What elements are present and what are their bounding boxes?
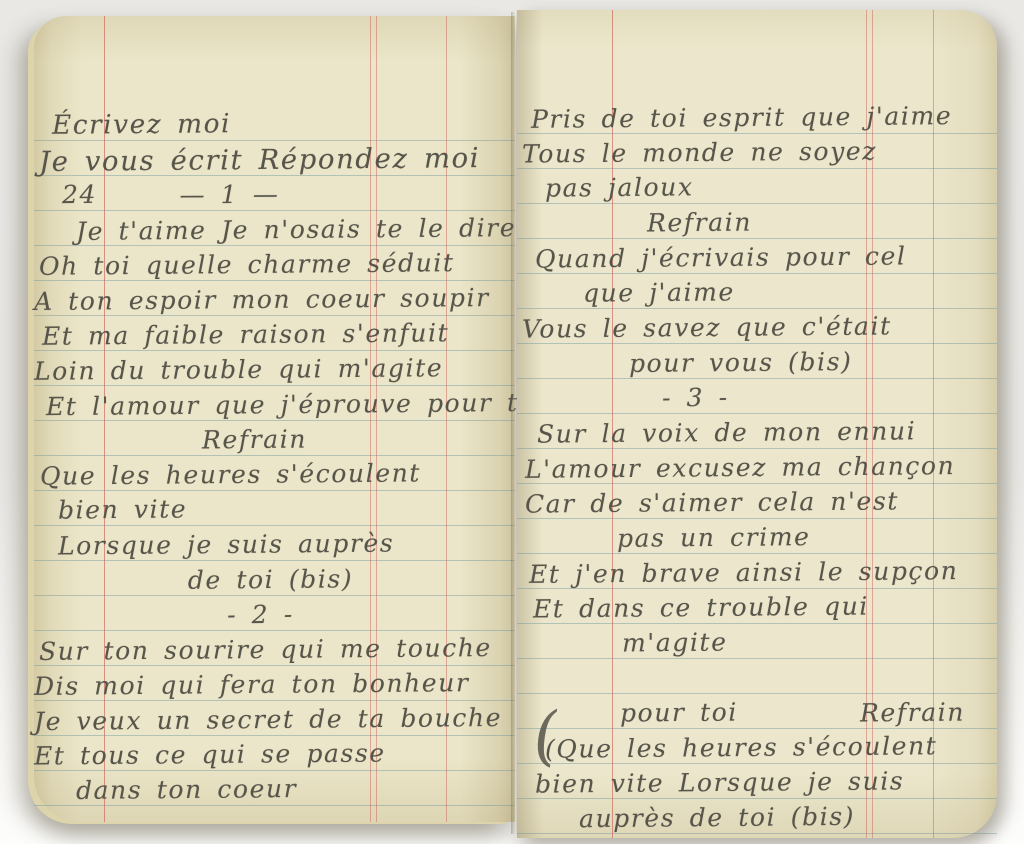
handwriting-line: - 2 - <box>20 596 501 634</box>
handwriting-line: pas jaloux <box>545 170 694 205</box>
handwriting-line: Sur ton sourire qui me touche <box>39 631 492 669</box>
handwriting-line: Écrivez moi <box>52 107 231 143</box>
handwriting-line: Je t'aime Je n'osais te le dire <box>76 211 516 249</box>
margin-line-red <box>376 16 377 822</box>
handwriting-line: Refrain <box>860 696 965 731</box>
handwriting-line: Et dans ce trouble qui <box>533 590 869 627</box>
handwriting-line: auprès de toi (bis) <box>579 800 855 836</box>
handwriting-line: A ton espoir mon coeur soupir <box>34 281 490 319</box>
handwriting-line: Tous le monde ne soyez <box>522 134 877 171</box>
margin-line-red <box>612 10 613 838</box>
handwriting-line: — 1 — <box>0 176 470 214</box>
handwriting-line: Sur la voix de mon ennui <box>537 414 917 451</box>
handwriting-line: Refrain <box>14 421 495 459</box>
ruled-lines-left <box>34 140 515 822</box>
ruled-lines-right <box>517 133 997 838</box>
handwriting-line: Refrain <box>647 206 752 241</box>
handwriting-line: Loin du trouble qui m'agite <box>34 351 443 389</box>
handwriting-line: pas un crime <box>617 520 811 556</box>
handwriting-line: 24 <box>62 178 97 212</box>
handwriting-line: L'amour excusez ma chançon <box>525 449 956 487</box>
margin-line-red <box>370 16 371 822</box>
handwriting-line: de toi (bis) <box>30 561 511 599</box>
handwriting-line: Car de s'aimer cela n'est <box>525 484 899 521</box>
handwriting-line: - 3 - <box>662 381 729 416</box>
handwriting-line: Pris de toi esprit que j'aime <box>531 99 952 137</box>
handwriting-line: Lorsque je suis auprès <box>58 527 395 564</box>
handwriting-line: dans ton coeur <box>76 772 298 808</box>
handwriting-line: que j'aime <box>583 275 735 310</box>
handwriting-line: Et j'en brave ainsi le supçon <box>529 554 959 592</box>
margin-line-red <box>866 10 867 838</box>
handwriting-line: bien vite <box>58 492 187 527</box>
handwriting-line: Dis moi qui fera ton bonheur <box>34 666 470 704</box>
handwriting-line: pour vous (bis) <box>629 345 853 381</box>
handwriting-line: pour toi <box>620 695 738 730</box>
handwriting-line: Et tous ce qui se passe <box>34 736 386 773</box>
notebook-page-left: Écrivez moiJe vous écrit Répondez moi24—… <box>34 16 515 822</box>
handwriting-line: Oh toi quelle charme séduit <box>39 246 455 284</box>
handwriting-line: bien vite Lorsque je suis <box>535 764 905 801</box>
notebook-spread: Écrivez moiJe vous écrit Répondez moi24—… <box>0 0 1024 844</box>
handwriting-line: m'agite <box>622 626 728 661</box>
handwriting-line: Et l'amour que j'éprouve pour toi <box>46 386 545 424</box>
margin-line-red <box>933 10 934 838</box>
handwritten-parenthesis: ( <box>530 699 560 775</box>
handwriting-line: (Que les heures s'écoulent <box>545 729 938 766</box>
margin-line-red <box>104 16 105 822</box>
notebook-page-right: ( Pris de toi esprit que j'aimeTous le m… <box>517 10 997 838</box>
margin-line-red <box>872 10 873 838</box>
margin-line-red <box>446 16 447 822</box>
handwriting-line: Que les heures s'écoulent <box>40 456 421 493</box>
handwriting-line: Et ma faible raison s'enfuit <box>42 316 450 354</box>
handwriting-line: Vous le savez que c'était <box>522 309 892 346</box>
handwriting-line: Quand j'écrivais pour cel <box>535 239 907 276</box>
handwriting-line: Je vous écrit Répondez moi <box>39 141 480 179</box>
handwriting-line: Je veux un secret de ta bouche <box>34 701 502 739</box>
